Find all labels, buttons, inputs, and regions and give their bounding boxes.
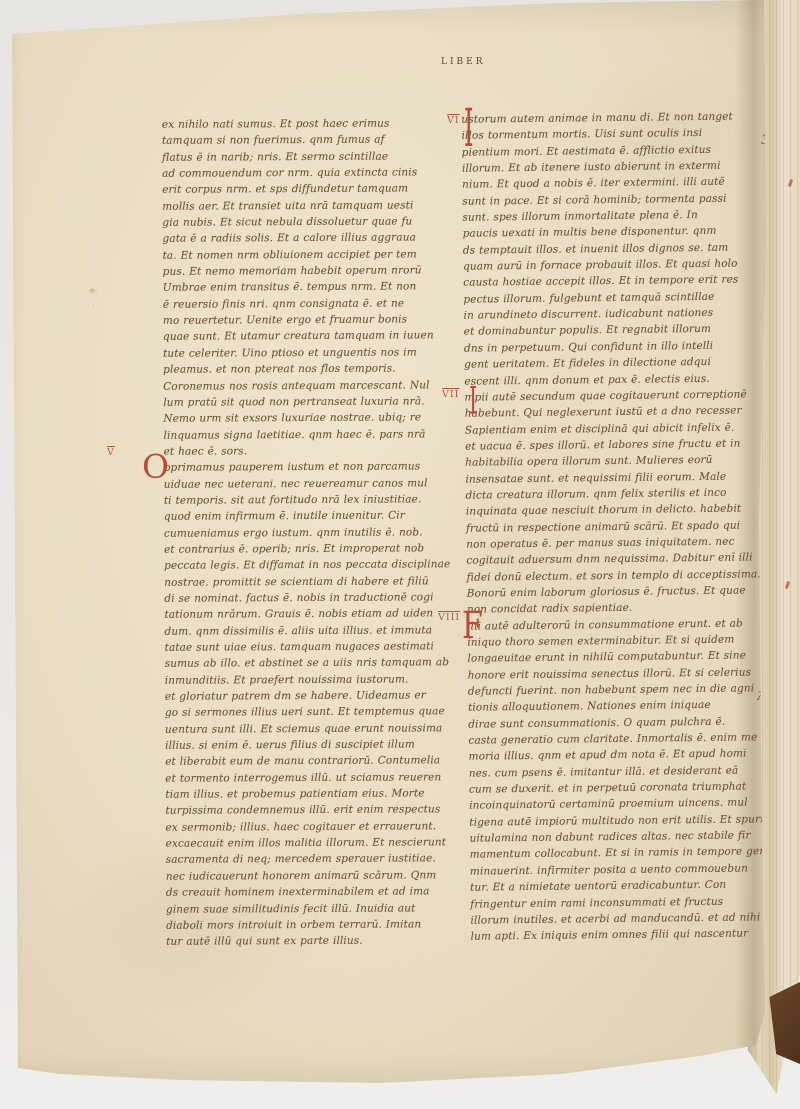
text-line: ta. Et nomen nrm obliuionem accipiet per…: [163, 246, 445, 264]
text-line: dum. qnm dissimilis ē. aliis uita illius…: [164, 622, 446, 640]
text-line: illius. si enim ē. uerus filius di susci…: [165, 736, 447, 754]
text-line: tatae sunt uiae eius. tamquam nugaces ae…: [165, 638, 447, 656]
chapter-numeral-vii: vii: [442, 389, 459, 400]
text-line: sumus ab illo. et abstinet se a uiis nri…: [165, 655, 447, 673]
text-line: et gloriatur patrem dm se habere. Uideam…: [165, 687, 447, 705]
text-column-left: ex nihilo nati sumus. Et post haec erimu…: [162, 115, 448, 950]
text-line: gia nubis. Et sicut nebula dissoluetur q…: [162, 213, 444, 231]
initial-i-iustorum: I: [464, 104, 473, 157]
text-line: ds creauit hominem inexterminabilem et a…: [166, 883, 448, 901]
text-line: uiduae nec ueterani. nec reuereamur cano…: [164, 475, 446, 493]
text-line: ex nihilo nati sumus. Et post haec erimu…: [162, 115, 444, 133]
text-line: tamquam si non fuerimus. qnm fumus af: [162, 132, 444, 150]
text-line: Umbrae enim transitus ē. tempus nrm. Et …: [163, 279, 445, 297]
text-line: Nemo urm sit exsors luxuriae nostrae. ub…: [163, 409, 445, 427]
text-line: lum apti. Ex iniquis enim omnes filii qu…: [471, 926, 763, 946]
text-line: ad commouendum cor nrm. quia extincta ci…: [162, 164, 444, 182]
text-line: di se nominat. factus ē. nobis in traduc…: [164, 589, 446, 607]
text-line: excaecauit enim illos malitia illorum. E…: [166, 834, 448, 852]
text-line: lum pratū sit quod non pertranseat luxur…: [163, 393, 445, 411]
margin-correction-mark: e·: [90, 286, 97, 295]
text-line: flatus ē in narib; nris. Et sermo scinti…: [162, 148, 444, 166]
running-title: Liber: [441, 57, 486, 67]
text-line: ē reuersio finis nri. qnm consignata ē. …: [163, 295, 445, 313]
ink-speck: [693, 1070, 696, 1074]
text-column-right: ustorum autem animae in manu di. Et non …: [461, 108, 762, 945]
margin-correction-mark: ·: [92, 301, 95, 310]
text-line: et haec ē. sors.: [164, 442, 446, 460]
text-line: tur autē illū qui sunt ex parte illius.: [166, 932, 448, 950]
text-line: diaboli mors introiuit in orbem terrarū.…: [166, 916, 448, 934]
text-line: pprimamus pauperem iustum et non parcamu…: [164, 458, 446, 476]
text-line: et contrarius ē. operib; nris. Et improp…: [164, 540, 446, 558]
text-line: ex sermonib; illius. haec cogitauer et e…: [165, 818, 447, 836]
text-line: nostrae. promittit se scientiam di haber…: [164, 573, 446, 591]
initial-o: O: [142, 450, 169, 483]
initial-f-filii: F: [462, 608, 483, 646]
text-line: Coronemus nos rosis antequam marcescant.…: [163, 377, 445, 395]
chapter-numeral-viii: viii: [438, 612, 460, 623]
text-line: mollis aer. Et transiet uita nrā tamquam…: [162, 197, 444, 215]
text-line: quae sunt. Et utamur creatura tamquam in…: [163, 328, 445, 346]
text-line: uentura sunt illi. Et sciemus quae erunt…: [165, 720, 447, 738]
text-line: sunt in pace. Et si corā hominib; tormen…: [462, 190, 754, 210]
text-line: et tormento interrogemus illū. ut sciamu…: [165, 769, 447, 787]
text-line: pus. Et nemo memoriam habebit operum nro…: [163, 262, 445, 280]
chapter-numeral-v: v: [107, 447, 115, 458]
text-line: quod enim infirmum ē. inutile inuenitur.…: [164, 508, 446, 526]
parchment-page: Liber ex nihilo nati sumus. Et post haec…: [0, 0, 772, 1095]
text-line: nec iudicauerunt honorem animarū scārum.…: [166, 867, 448, 885]
text-line: ti temporis. sit aut fortitudo nrā lex i…: [164, 491, 446, 509]
text-line: linquamus signa laetitiae. qnm haec ē. p…: [163, 426, 445, 444]
text-line: gata ē a radiis solis. Et a calore illiu…: [162, 230, 444, 248]
text-line: tationum nrārum. Grauis ē. nobis etiam a…: [164, 606, 446, 624]
text-line: inmunditiis. Et praefert nouissima iusto…: [165, 671, 447, 689]
text-line: tiam illius. et probemus patientiam eius…: [165, 785, 447, 803]
text-line: turpissima condemnemus illū. erit enim r…: [165, 802, 447, 820]
text-line: go si sermones illius ueri sunt. Et temp…: [165, 704, 447, 722]
initial-i-impii: I: [469, 383, 477, 421]
text-line: erit corpus nrm. et sps diffundetur tamq…: [162, 181, 444, 199]
text-line: et liberabit eum de manu contrariorū. Co…: [165, 753, 447, 771]
manuscript-photo: Liber ex nihilo nati sumus. Et post haec…: [0, 0, 800, 1109]
text-line: mo reuertetur. Uenite ergo et fruamur bo…: [163, 311, 445, 329]
text-line: peccata legis. Et diffamat in nos peccat…: [164, 557, 446, 575]
chapter-numeral-vi: vi: [447, 115, 460, 126]
text-line: sacramenta di neq; mercedem sperauer ius…: [166, 851, 448, 869]
text-line: tute celeriter. Uino ptioso et unguentis…: [163, 344, 445, 362]
text-line: pleamus. et non ptereat nos flos tempori…: [163, 360, 445, 378]
text-line: cumueniamus ergo iustum. qnm inutilis ē.…: [164, 524, 446, 542]
text-line: ginem suae similitudinis fecit illū. Inu…: [166, 900, 448, 918]
